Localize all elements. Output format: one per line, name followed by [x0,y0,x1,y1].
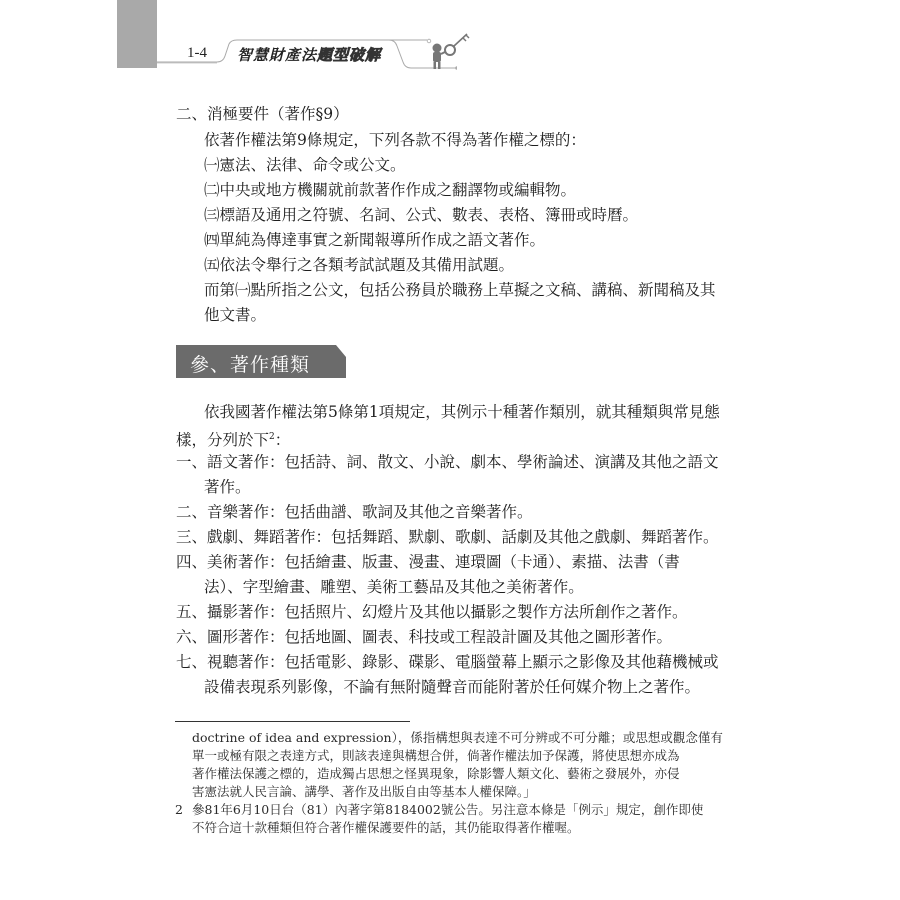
category-item: 三、戲劇、舞蹈著作：包括舞蹈、默劇、歌劇、話劇及其他之戲劇、舞蹈著作。 [176,527,719,547]
footnote-line: 著作權法保護之標的，造成獨占思想之怪異現象，除影響人類文化、藝術之發展外，亦侵 [192,766,680,782]
subsection-heading: 二、消極要件（著作§9） [176,104,349,124]
list-item: ㈢標語及通用之符號、名詞、公式、數表、表格、簿冊或時曆。 [204,205,638,225]
category-item: 四、美術著作：包括繪畫、版畫、漫畫、連環圖（卡通）、素描、法書（書 [176,552,680,572]
paragraph: 樣，分列於下2： [176,427,290,450]
page-tab-marker [117,0,157,68]
paragraph-text: ： [275,431,291,449]
running-header: 1-4 智慧財產法題型破解 [157,36,457,76]
list-item: ㈤依法令舉行之各類考試試題及其備用試題。 [204,255,514,275]
paragraph: 依著作權法第9條規定，下列各款不得為著作權之標的： [204,130,586,150]
category-item: 七、視聽著作：包括電影、錄影、碟影、電腦螢幕上顯示之影像及其他藉機械或 [176,652,719,672]
child-with-key-icon [425,30,475,75]
paragraph-text: 樣，分列於下 [176,431,269,449]
page-number: 1-4 [187,45,207,62]
list-item: ㈣單純為傳達事實之新聞報導所作成之語文著作。 [204,230,545,250]
list-item: ㈡中央或地方機關就前款著作作成之翻譯物或編輯物。 [204,180,576,200]
paragraph: 而第㈠點所指之公文，包括公務員於職務上草擬之文稿、講稿、新聞稿及其 [204,280,716,300]
category-item: 二、音樂著作：包括曲譜、歌詞及其他之音樂著作。 [176,502,533,522]
category-item: 五、攝影著作：包括照片、幻燈片及其他以攝影之製作方法所創作之著作。 [176,602,688,622]
section-title: 參、著作種類 [190,350,310,377]
footnote-line: doctrine of idea and expression），係指構想與表達… [192,730,723,746]
footnote-line: 參81年6月10日台（81）內著字第8184002號公告。另注意本條是「例示」規… [192,802,703,818]
book-title: 智慧財產法題型破解 [237,44,381,65]
footnote-line: 不符合這十款種類但符合著作權保護要件的話，其仍能取得著作權喔。 [192,820,580,836]
footnote-line: 單一或極有限之表達方式，則該表達與構想合併，倘著作權法加予保護，將使思想亦成為 [192,748,680,764]
section-heading-box: 參、著作種類 [176,345,346,378]
paragraph: 依我國著作權法第5條第1項規定，其例示十種著作類別，就其種類與常見態 [204,402,720,422]
category-item-cont: 設備表現系列影像，不論有無附隨聲音而能附著於任何媒介物上之著作。 [204,677,700,697]
list-item: ㈠憲法、法律、命令或公文。 [204,155,406,175]
category-item: 一、語文著作：包括詩、詞、散文、小說、劇本、學術論述、演講及其他之語文 [176,452,719,472]
book-title-outlined: 題型破解 [317,46,381,64]
footnote-divider [175,721,410,722]
footnote-line: 害憲法就人民言論、講學、著作及出版自由等基本人權保障。」 [192,784,536,800]
category-item-cont: 著作。 [204,477,251,497]
footnote-number: 2 [175,802,183,818]
book-title-plain: 智慧財產法 [237,46,317,64]
paragraph: 他文書。 [204,305,266,325]
category-item: 六、圖形著作：包括地圖、圖表、科技或工程設計圖及其他之圖形著作。 [176,627,672,647]
category-item-cont: 法）、字型繪畫、雕塑、美術工藝品及其他之美術著作。 [204,577,584,597]
